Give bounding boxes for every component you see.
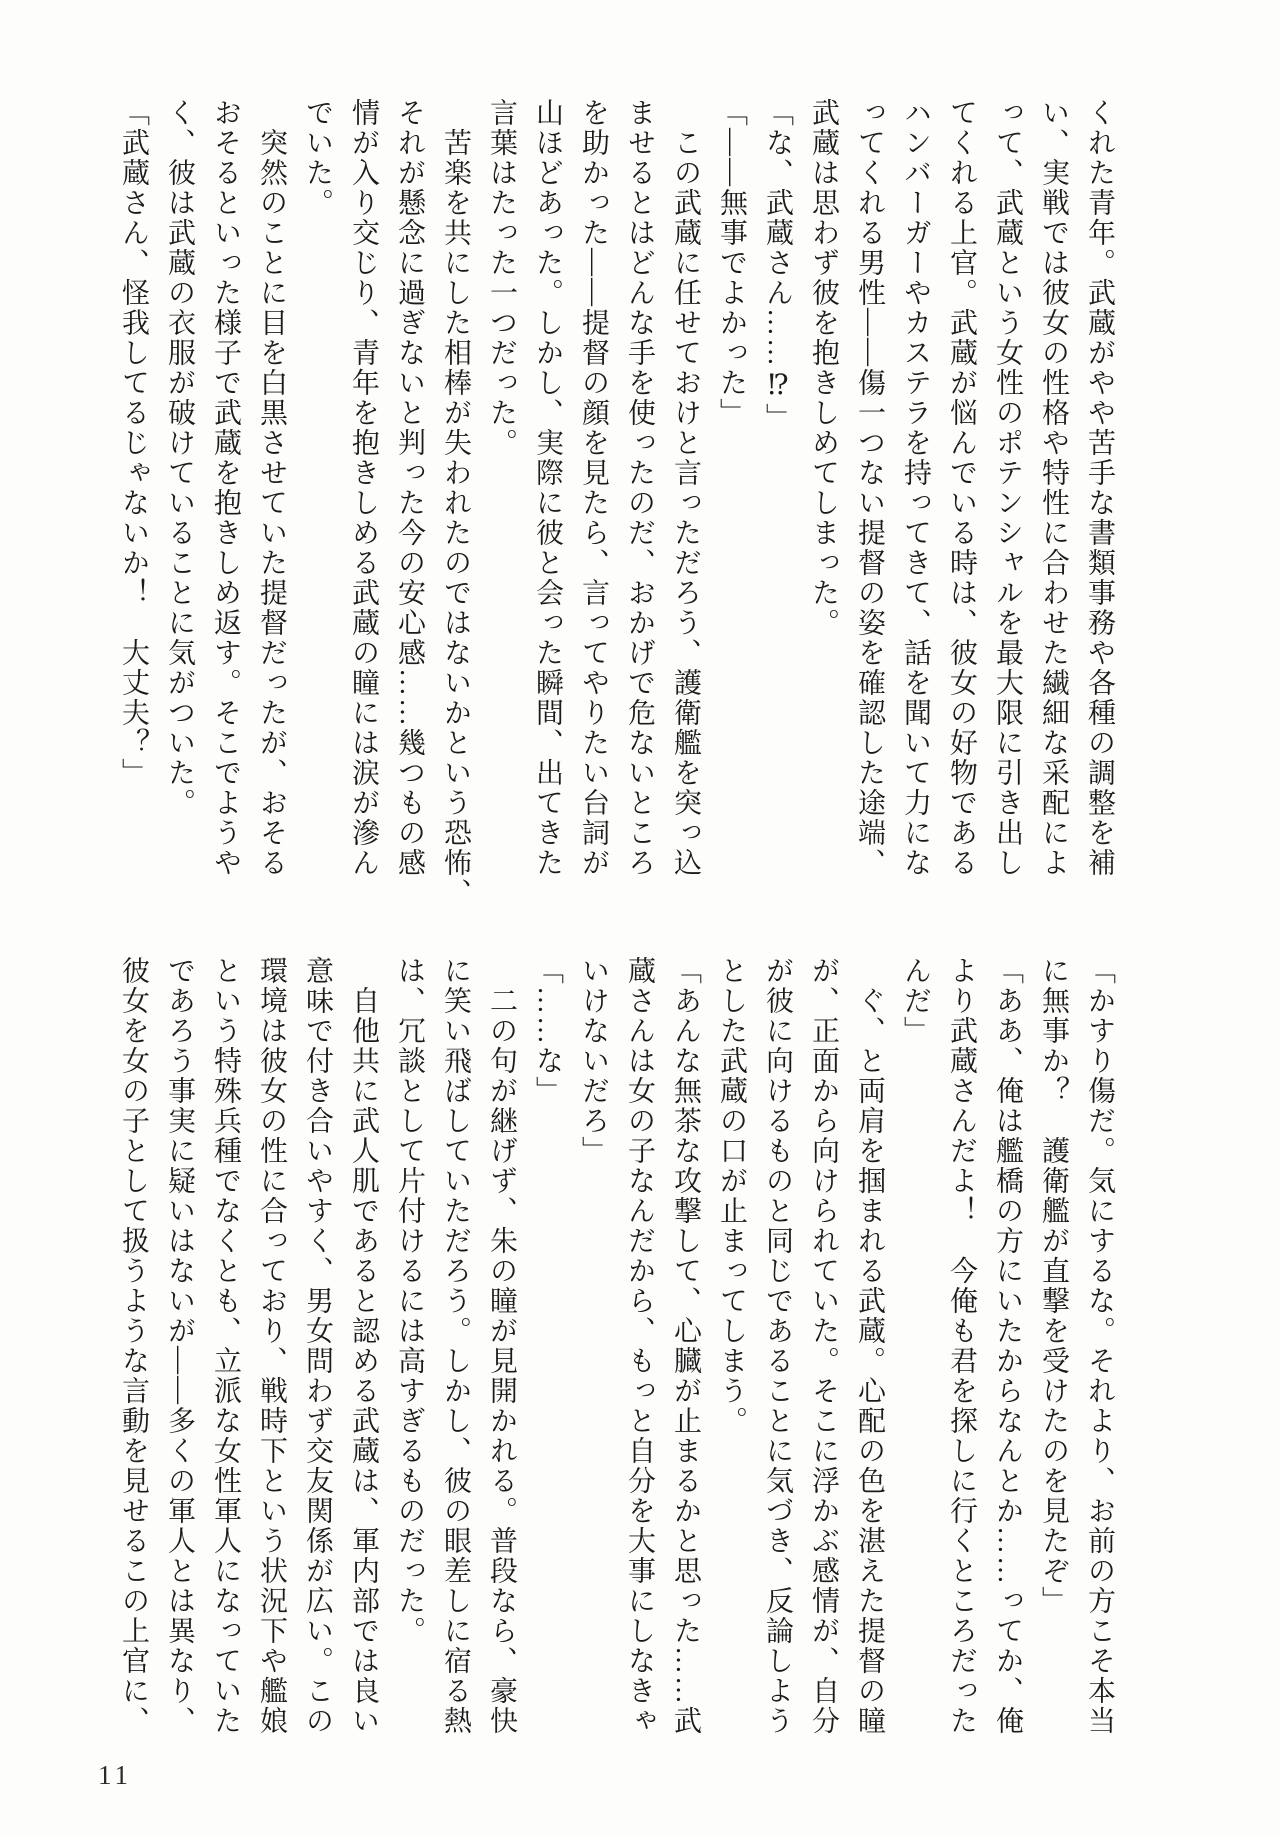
novel-page: くれた青年。武蔵がやや苦手な書類事務や各種の調整を補 い、実戦では彼女の性格や特… <box>0 0 1280 1837</box>
text-block-bottom: 「かすり傷だ。気にするな。それより、お前の方こそ本当 に無事か？ 護衛艦が直撃を… <box>110 956 1122 1756</box>
page-number: 11 <box>98 1760 132 1791</box>
text-block-top: くれた青年。武蔵がやや苦手な書類事務や各種の調整を補 い、実戦では彼女の性格や特… <box>110 98 1122 898</box>
